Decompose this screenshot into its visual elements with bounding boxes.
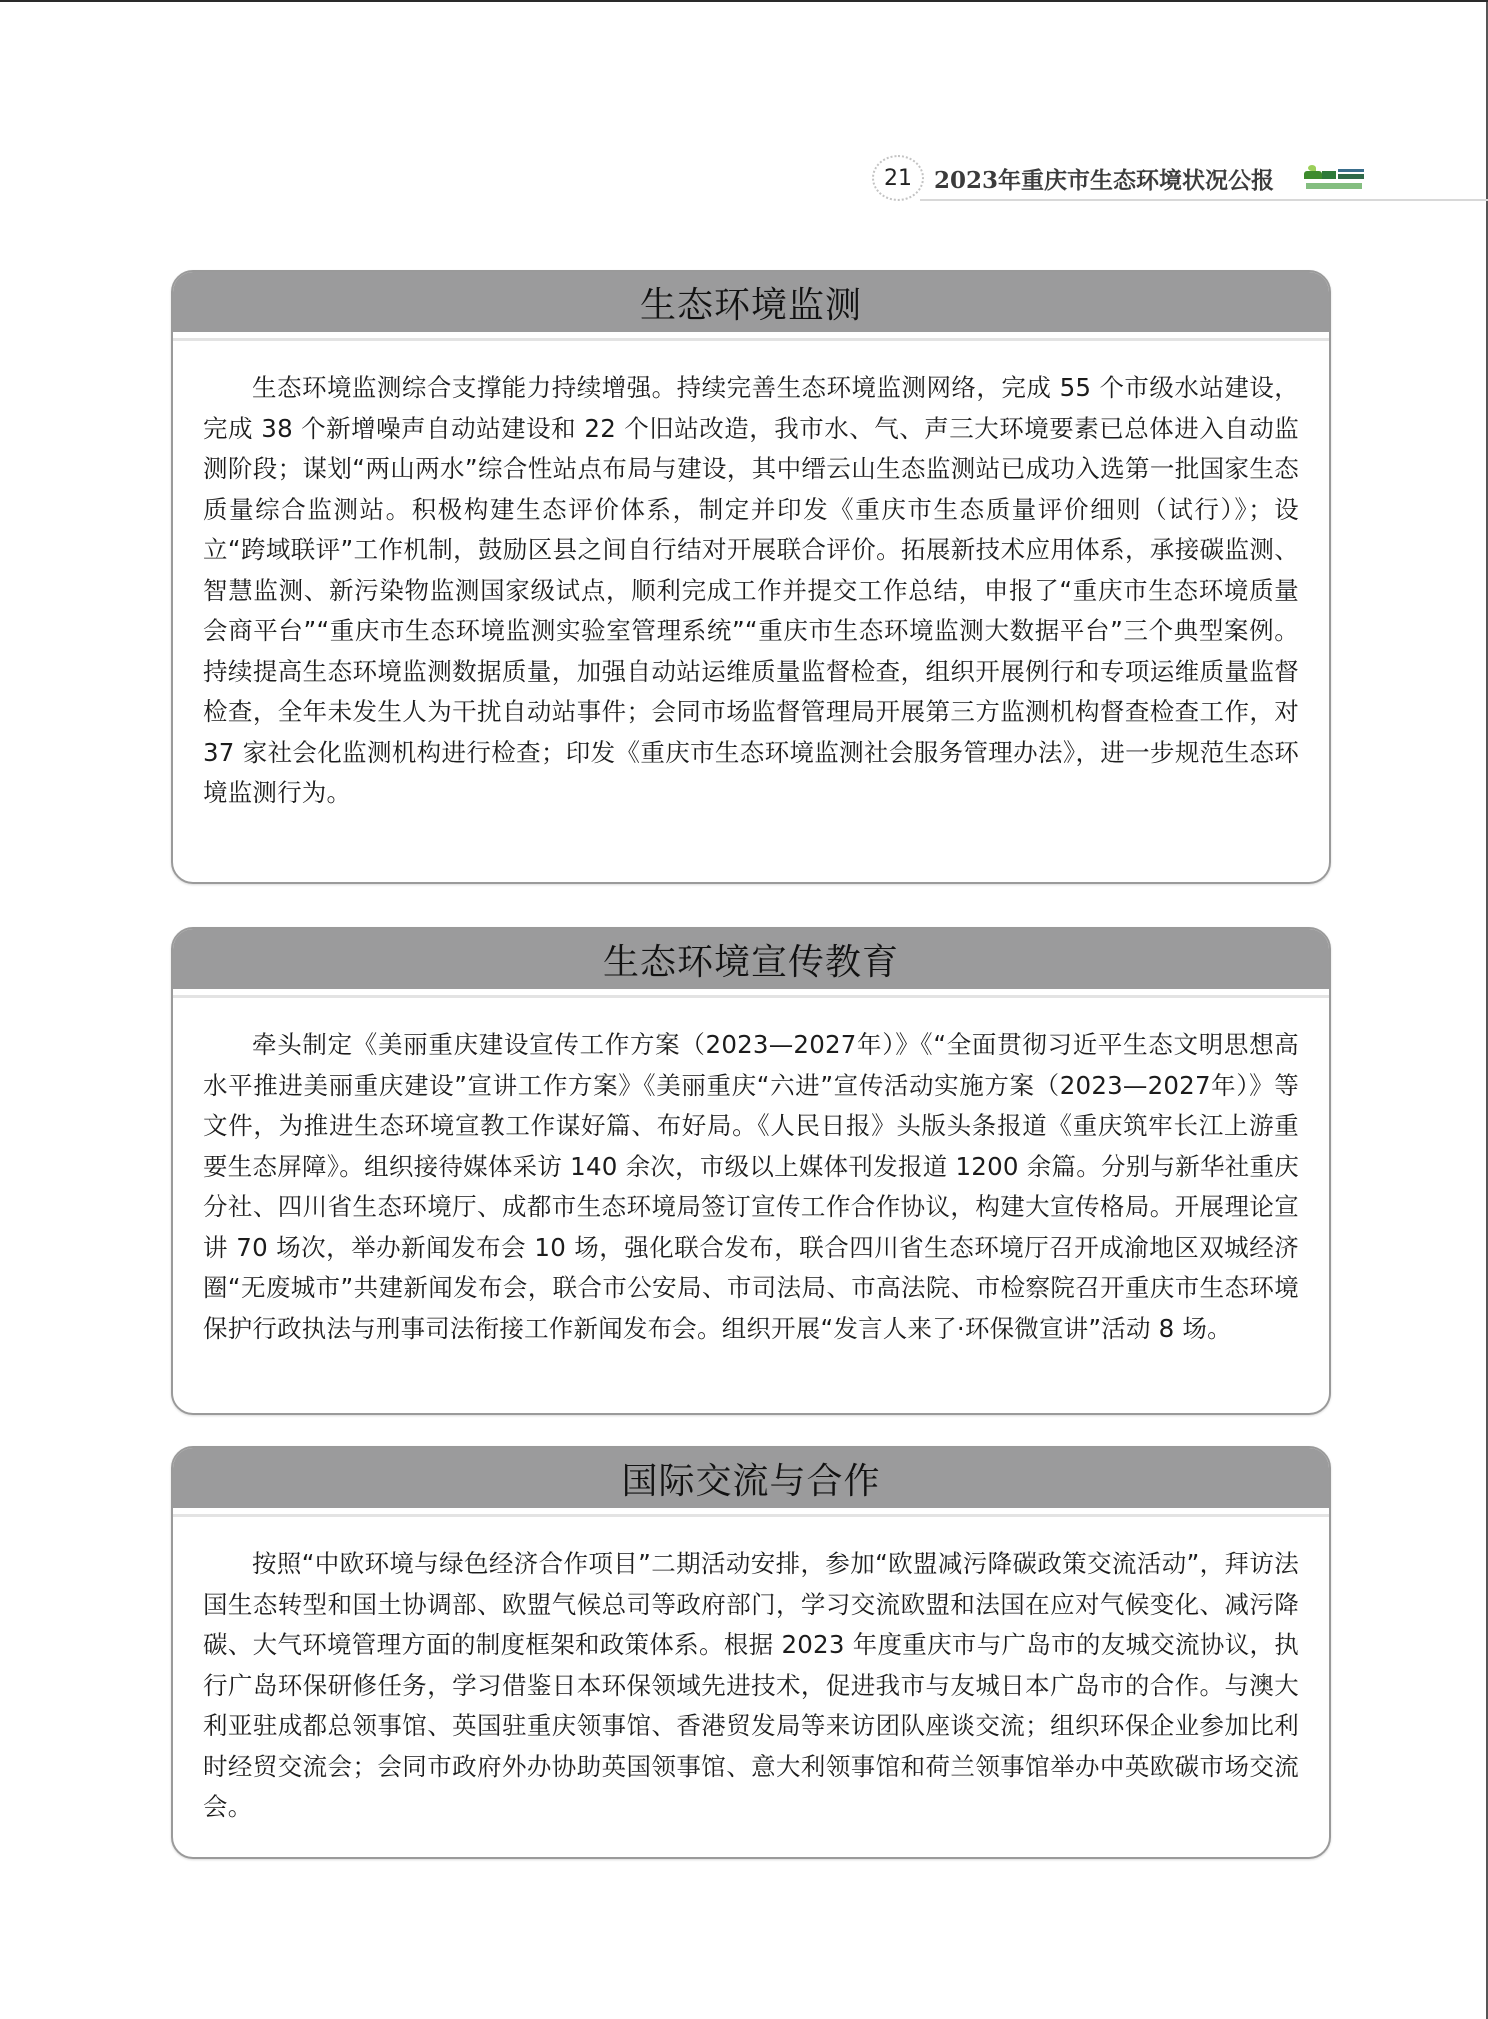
page-number: 21 — [884, 166, 912, 191]
ecology-logo-icon — [1302, 163, 1366, 193]
running-header: 21 2023年重庆市生态环境状况公报 — [872, 158, 1366, 198]
section-international-cooperation: 国际交流与合作 按照“中欧环境与绿色经济合作项目”二期活动安排，参加“欧盟减污降… — [171, 1446, 1331, 1859]
section-title: 生态环境宣传教育 — [603, 934, 899, 985]
section-ecological-monitoring: 生态环境监测 生态环境监测综合支撑能力持续增强。持续完善生态环境监测网络，完成 … — [171, 270, 1331, 884]
section-body: 牵头制定《美丽重庆建设宣传工作方案（2023—2027年）》《“全面贯彻习近平生… — [173, 995, 1329, 1349]
header-rule — [920, 199, 1488, 201]
section-paragraph: 按照“中欧环境与绿色经济合作项目”二期活动安排，参加“欧盟减污降碳政策交流活动”… — [203, 1544, 1299, 1828]
section-publicity-education: 生态环境宣传教育 牵头制定《美丽重庆建设宣传工作方案（2023—2027年）》《… — [171, 927, 1331, 1415]
section-header: 生态环境宣传教育 — [173, 929, 1329, 995]
section-body: 按照“中欧环境与绿色经济合作项目”二期活动安排，参加“欧盟减污降碳政策交流活动”… — [173, 1514, 1329, 1828]
report-title: 2023年重庆市生态环境状况公报 — [934, 162, 1274, 195]
section-title: 生态环境监测 — [640, 277, 862, 328]
section-body: 生态环境监测综合支撑能力持续增强。持续完善生态环境监测网络，完成 55 个市级水… — [173, 338, 1329, 814]
section-paragraph: 生态环境监测综合支撑能力持续增强。持续完善生态环境监测网络，完成 55 个市级水… — [203, 368, 1299, 814]
section-paragraph: 牵头制定《美丽重庆建设宣传工作方案（2023—2027年）》《“全面贯彻习近平生… — [203, 1025, 1299, 1349]
page-number-badge: 21 — [872, 155, 924, 201]
section-title: 国际交流与合作 — [621, 1453, 880, 1504]
section-header: 生态环境监测 — [173, 272, 1329, 338]
section-header: 国际交流与合作 — [173, 1448, 1329, 1514]
